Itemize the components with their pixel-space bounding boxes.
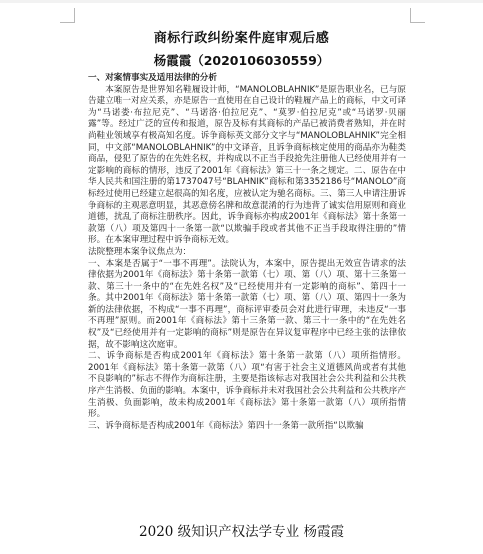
document-title: 商标行政纠纷案件庭审观后感 <box>0 27 483 46</box>
paragraph-issue-two: 二、诉争商标是否构成2001年《商标法》第十条第一款第（八）项所指情形。2001… <box>88 351 406 421</box>
page-margin-mark-top-left <box>60 8 75 23</box>
document-author-line: 杨霞霞（2020106030559） <box>0 51 483 69</box>
section-heading: 一、对案情事实及适用法律的分析 <box>88 73 406 85</box>
paragraph-issue-one: 一、本案是否属于“一事不再理”。法院认为，本案中，原告提出无效宣告请求的法律依据… <box>88 259 406 352</box>
caption: 2020 级知识产权法学专业 杨霞霞 <box>0 520 483 540</box>
paragraph-issue-three: 三、诉争商标是否构成2001年《商标法》第四十一条第一款所指“以欺骗 <box>88 421 406 433</box>
document-page: 商标行政纠纷案件庭审观后感 杨霞霞（2020106030559） 一、对案情事实… <box>0 3 483 523</box>
paragraph-case-facts: 本案原告是世界知名鞋履设计师，“MANOLOBLAHNIK”是原告职业名，已与原… <box>88 85 406 247</box>
document-body: 一、对案情事实及适用法律的分析 本案原告是世界知名鞋履设计师，“MANOLOBL… <box>88 73 406 432</box>
paragraph-dispute-intro: 法院整理本案争议焦点为： <box>88 247 406 259</box>
page-margin-mark-top-right <box>410 8 425 23</box>
